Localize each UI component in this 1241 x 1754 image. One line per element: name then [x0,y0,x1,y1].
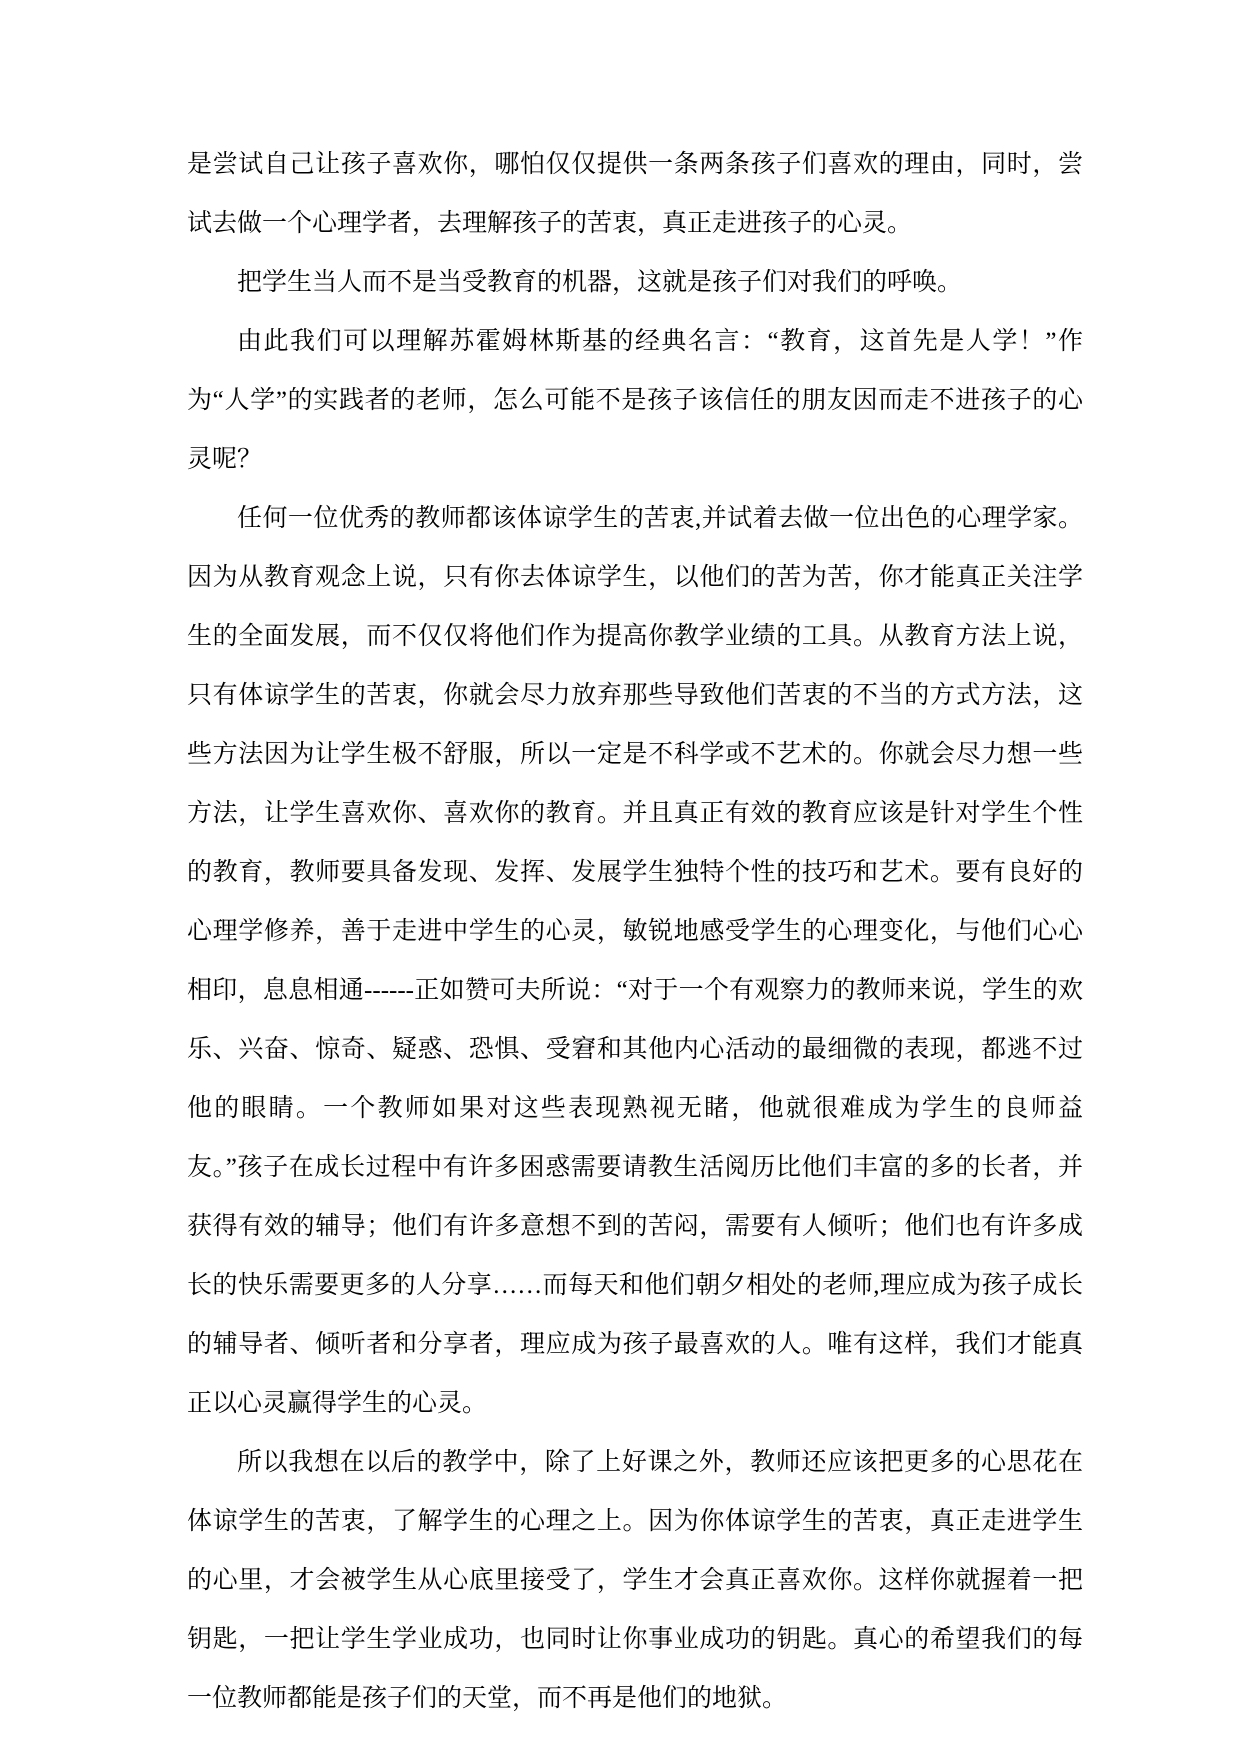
document-page: 是尝试自己让孩子喜欢你，哪怕仅仅提供一条两条孩子们喜欢的理由，同时，尝试去做一个… [0,0,1241,1754]
document-body-text: 是尝试自己让孩子喜欢你，哪怕仅仅提供一条两条孩子们喜欢的理由，同时，尝试去做一个… [187,135,1083,1728]
paragraph-conclusion: 所以我想在以后的教学中，除了上好课之外，教师还应该把更多的心思花在体谅学生的苦衷… [187,1433,1083,1728]
paragraph-students-as-people: 把学生当人而不是当受教育的机器，这就是孩子们对我们的呼唤。 [187,253,1083,312]
paragraph-continuation: 是尝试自己让孩子喜欢你，哪怕仅仅提供一条两条孩子们喜欢的理由，同时，尝试去做一个… [187,135,1083,253]
paragraph-suhomlinsky-quote: 由此我们可以理解苏霍姆林斯基的经典名言：“教育，这首先是人学！”作为“人学”的实… [187,312,1083,489]
paragraph-excellent-teacher: 任何一位优秀的教师都该体谅学生的苦衷,并试着去做一位出色的心理学家。因为从教育观… [187,489,1083,1433]
